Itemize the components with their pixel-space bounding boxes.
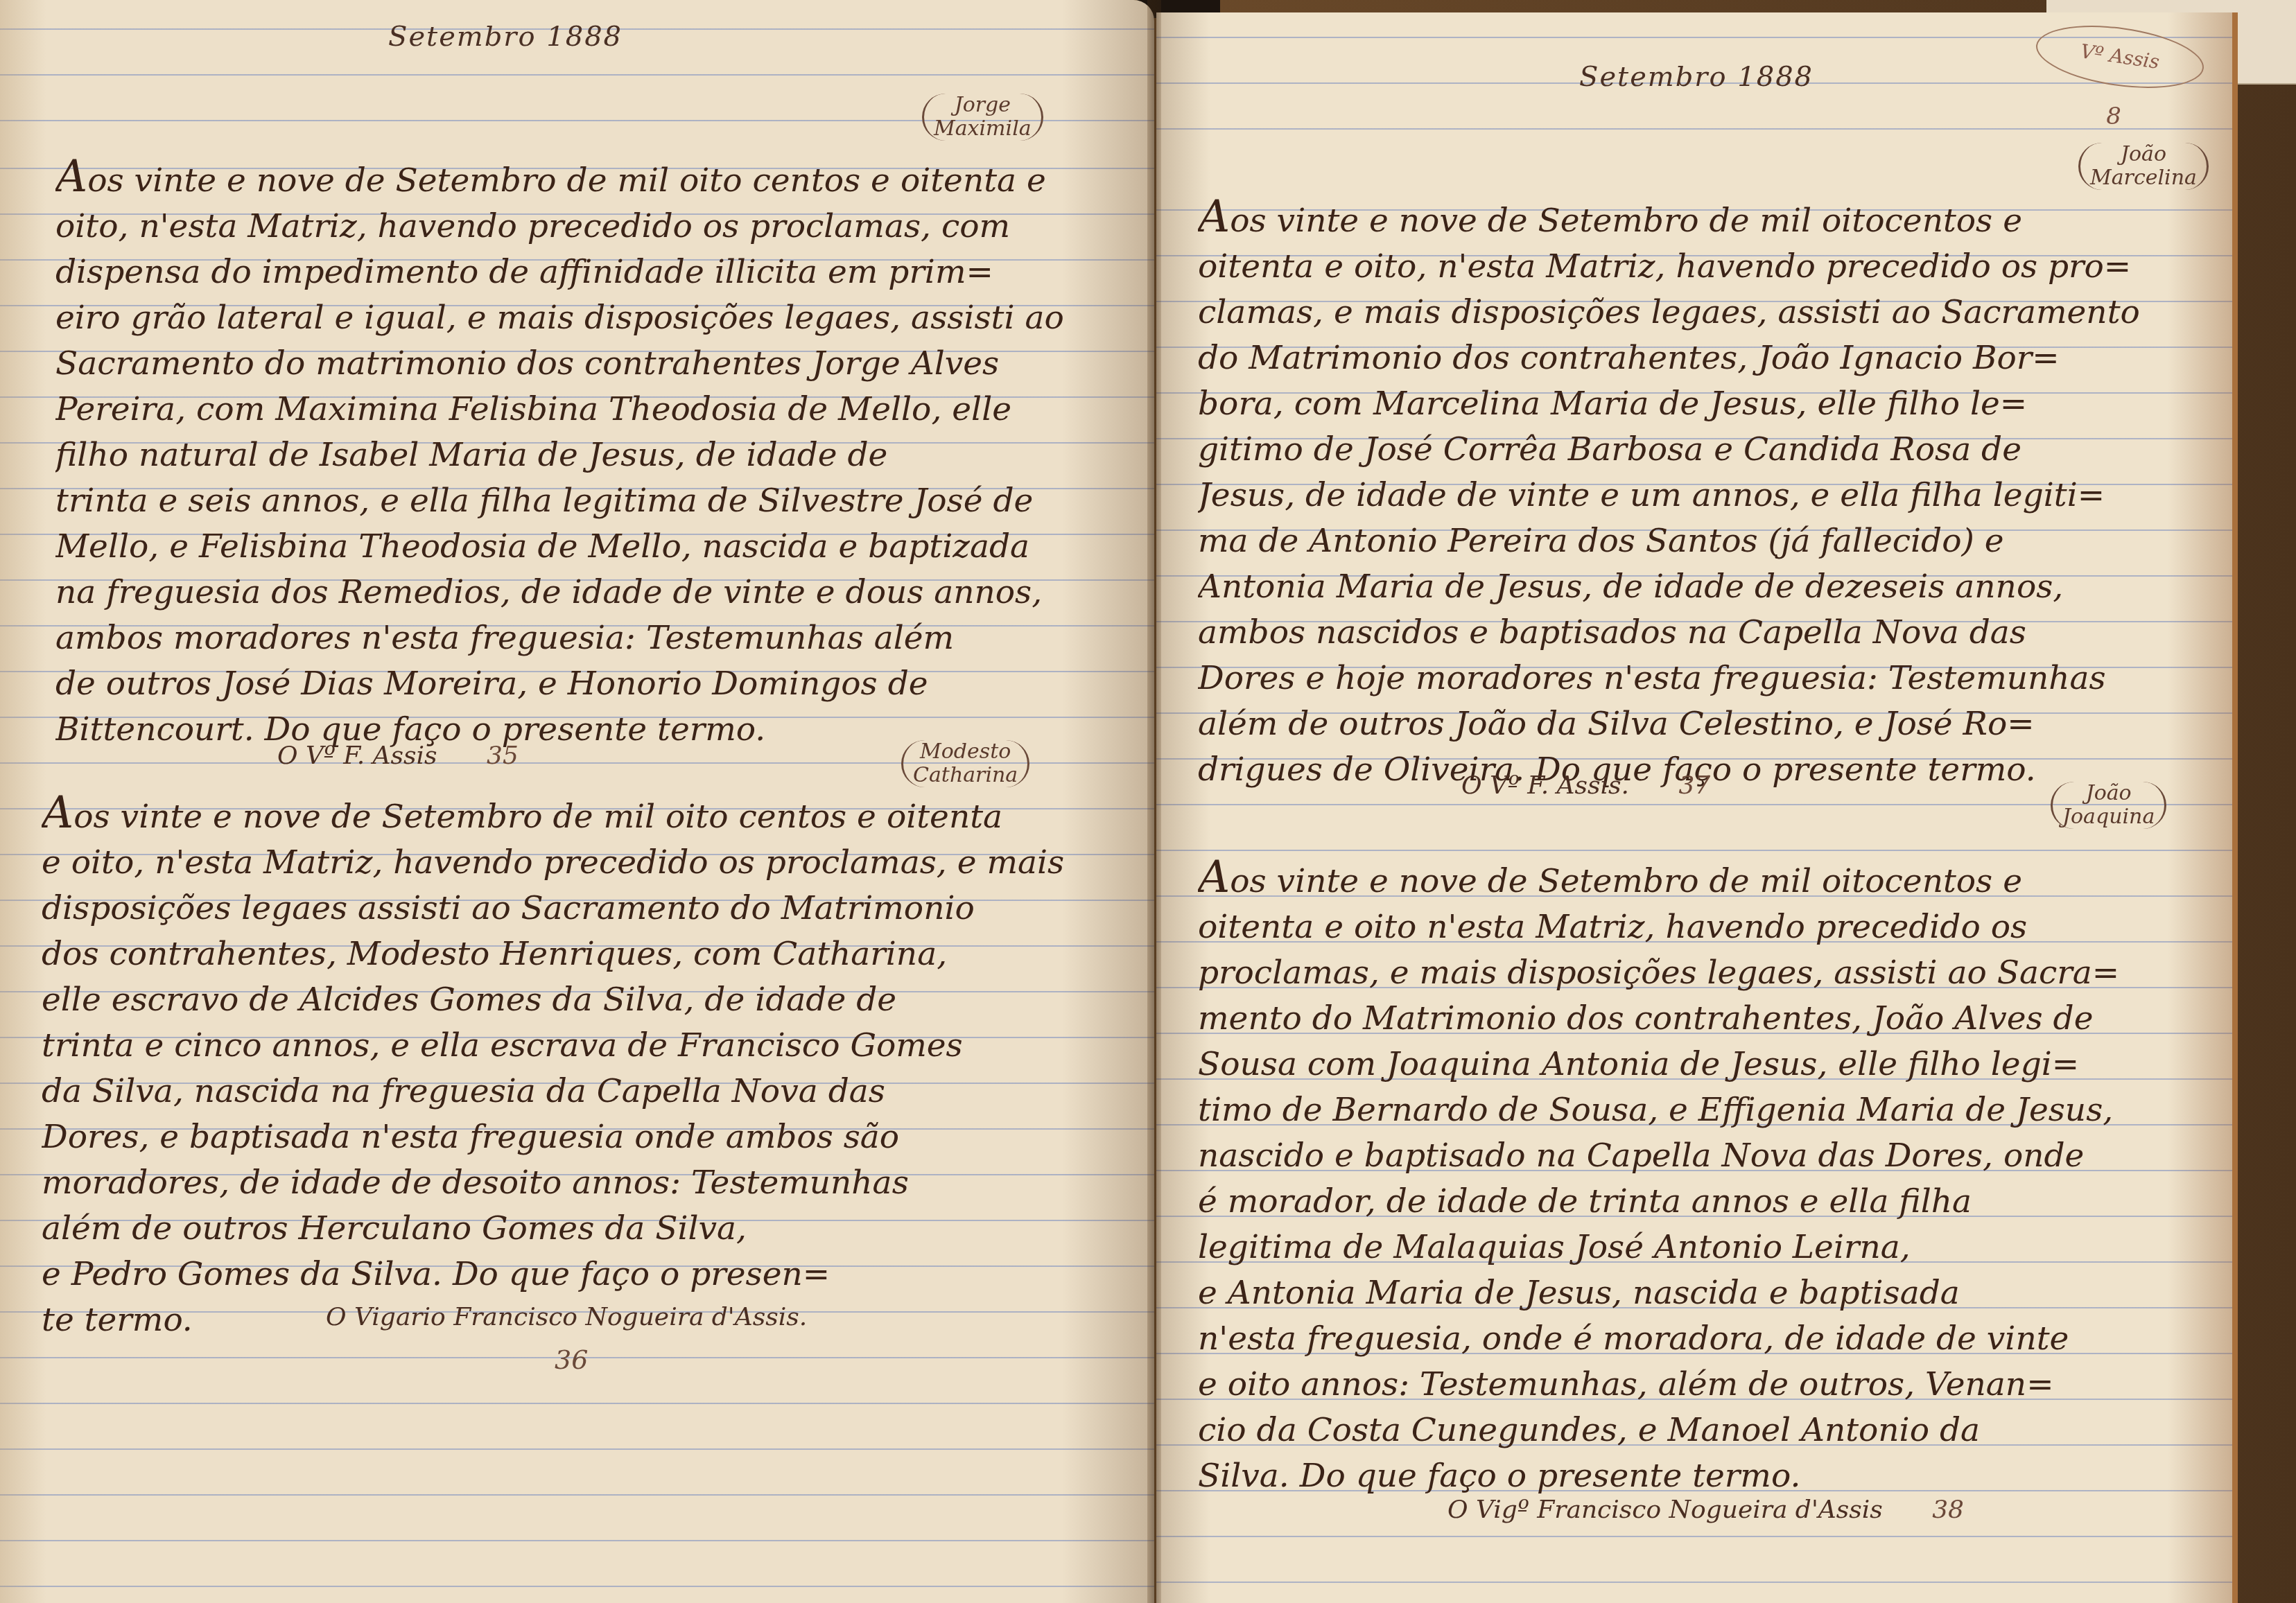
margin-names-entry: Modesto Catharina (901, 740, 1029, 787)
margin-name-bride: Marcelina (2090, 166, 2197, 190)
margin-names-entry: Jorge Maximila (922, 94, 1043, 141)
entry-line: ambos moradores n'esta freguesia: Testem… (55, 615, 1127, 661)
entry-line: Pereira, com Maximina Felisbina Theodosi… (55, 387, 1127, 432)
entry-line: trinta e seis annos, e ella filha legiti… (55, 478, 1127, 524)
margin-names-entry: João Joaquina (2051, 782, 2166, 829)
photo-scene: Setembro 1888 Jorge Maximila Aos vinte e… (0, 0, 2296, 1603)
entry-line: eiro grão lateral e igual, e mais dispos… (55, 295, 1127, 341)
entry-signature: O Vigario Francisco Nogueira d'Assis. (326, 1303, 807, 1331)
register-entry: Aos vinte e nove de Setembro de mil oito… (1198, 855, 2204, 1499)
entry-line: Aos vinte e nove de Setembro de mil oito… (42, 790, 1127, 840)
entry-number: 38 (1932, 1496, 1964, 1524)
entry-line: nascido e baptisado na Capella Nova das … (1198, 1133, 2204, 1179)
register-entry: Aos vinte e nove de Setembro de mil oito… (1198, 194, 2204, 793)
entry-line: dos contrahentes, Modesto Henriques, com… (42, 931, 1127, 977)
page-header-date: Setembro 1888 (1579, 61, 1814, 93)
signature-text: O Vº F. Assis. (1461, 771, 1629, 800)
entry-line: Jesus, de idade de vinte e um annos, e e… (1198, 473, 2204, 518)
entry-line: de outros José Dias Moreira, e Honorio D… (55, 661, 1127, 707)
entry-line: Aos vinte e nove de Setembro de mil oito… (1198, 194, 2204, 244)
entry-number: 36 (555, 1344, 588, 1375)
entry-line: proclamas, e mais disposições legaes, as… (1198, 950, 2204, 996)
entry-line: disposições legaes assisti ao Sacramento… (42, 886, 1127, 931)
signature-text: O Vº F. Assis (277, 742, 437, 770)
entry-line: Aos vinte e nove de Setembro de mil oito… (1198, 855, 2204, 904)
entry-line: Dores e hoje moradores n'esta freguesia:… (1198, 656, 2204, 701)
entry-line: oitenta e oito, n'esta Matriz, havendo p… (1198, 244, 2204, 290)
entry-line: n'esta freguesia, onde é moradora, de id… (1198, 1316, 2204, 1362)
entry-line: Aos vinte e nove de Setembro de mil oito… (55, 154, 1127, 204)
entry-number: 35 (487, 742, 519, 770)
entry-line: Sousa com Joaquina Antonia de Jesus, ell… (1198, 1042, 2204, 1087)
register-entry: Aos vinte e nove de Setembro de mil oito… (42, 790, 1127, 1343)
entry-line: filho natural de Isabel Maria de Jesus, … (55, 432, 1127, 478)
entry-line: dispensa do impedimento de affinidade il… (55, 249, 1127, 295)
entry-line: e oito annos: Testemunhas, além de outro… (1198, 1362, 2204, 1408)
entry-line: ambos nascidos e baptisados na Capella N… (1198, 610, 2204, 656)
entry-line: moradores, de idade de desoito annos: Te… (42, 1160, 1127, 1206)
entry-line: cio da Costa Cunegundes, e Manoel Antoni… (1198, 1408, 2204, 1453)
margin-name-groom: João (2086, 781, 2132, 805)
entry-line: da Silva, nascida na freguesia da Capell… (42, 1069, 1127, 1114)
left-page: Setembro 1888 Jorge Maximila Aos vinte e… (0, 0, 1154, 1603)
entry-number: 37 (1678, 771, 1710, 800)
entry-line: do Matrimonio dos contrahentes, João Ign… (1198, 335, 2204, 381)
entry-line: é morador, de idade de trinta annos e el… (1198, 1179, 2204, 1225)
entry-line: bora, com Marcelina Maria de Jesus, elle… (1198, 381, 2204, 427)
entry-signature: O Vigº Francisco Nogueira d'Assis 38 (1447, 1496, 1964, 1524)
entry-line: timo de Bernardo de Sousa, e Effigenia M… (1198, 1087, 2204, 1133)
stamp-seal: Vº Assis (2032, 16, 2207, 97)
entry-line: oito, n'esta Matriz, havendo precedido o… (55, 204, 1127, 249)
entry-line: e oito, n'esta Matriz, havendo precedido… (42, 840, 1127, 886)
entry-line: Silva. Do que faço o presente termo. (1198, 1453, 2204, 1499)
register-entry: Aos vinte e nove de Setembro de mil oito… (55, 154, 1127, 753)
entry-line: Dores, e baptisada n'esta freguesia onde… (42, 1114, 1127, 1160)
page-header-date: Setembro 1888 (388, 21, 623, 53)
signature-text: O Vigº Francisco Nogueira d'Assis (1447, 1496, 1883, 1524)
entry-line: Antonia Maria de Jesus, de idade de deze… (1198, 564, 2204, 610)
entry-line: Mello, e Felisbina Theodosia de Mello, n… (55, 524, 1127, 570)
entry-line: mento do Matrimonio dos contrahentes, Jo… (1198, 996, 2204, 1042)
margin-name-groom: Modesto (920, 739, 1011, 764)
margin-name-groom: Jorge (955, 93, 1011, 117)
margin-names-entry: João Marcelina (2078, 143, 2209, 190)
book-gutter (1147, 0, 1161, 1603)
entry-line: e Antonia Maria de Jesus, nascida e bapt… (1198, 1270, 2204, 1316)
entry-line: além de outros João da Silva Celestino, … (1198, 701, 2204, 747)
entry-line: trinta e cinco annos, e ella escrava de … (42, 1023, 1127, 1069)
entry-line: na freguesia dos Remedios, de idade de v… (55, 570, 1127, 615)
entry-line: Sacramento do matrimonio dos contrahente… (55, 341, 1127, 387)
entry-line: gitimo de José Corrêa Barbosa e Candida … (1198, 427, 2204, 473)
entry-line: além de outros Herculano Gomes da Silva, (42, 1206, 1127, 1252)
entry-signature: O Vº F. Assis 35 (277, 742, 519, 770)
entry-line: oitenta e oito n'esta Matriz, havendo pr… (1198, 904, 2204, 950)
entry-line: clamas, e mais disposições legaes, assis… (1198, 290, 2204, 335)
entry-line: ma de Antonio Pereira dos Santos (já fal… (1198, 518, 2204, 564)
entry-line: legitima de Malaquias José Antonio Leirn… (1198, 1225, 2204, 1270)
folio-number: 8 (2106, 103, 2121, 130)
entry-line: elle escravo de Alcides Gomes da Silva, … (42, 977, 1127, 1023)
right-page: Setembro 1888 Vº Assis 8 João Marcelina … (1156, 12, 2238, 1603)
signature-text: O Vigario Francisco Nogueira d'Assis. (326, 1303, 807, 1331)
margin-name-groom: João (2121, 142, 2166, 166)
entry-signature: O Vº F. Assis. 37 (1461, 771, 1710, 800)
entry-line: e Pedro Gomes da Silva. Do que faço o pr… (42, 1252, 1127, 1297)
margin-name-bride: Catharina (913, 763, 1018, 787)
open-register-book: Setembro 1888 Jorge Maximila Aos vinte e… (0, 0, 2296, 1603)
margin-name-bride: Joaquina (2062, 805, 2155, 829)
margin-name-bride: Maximila (934, 116, 1032, 141)
